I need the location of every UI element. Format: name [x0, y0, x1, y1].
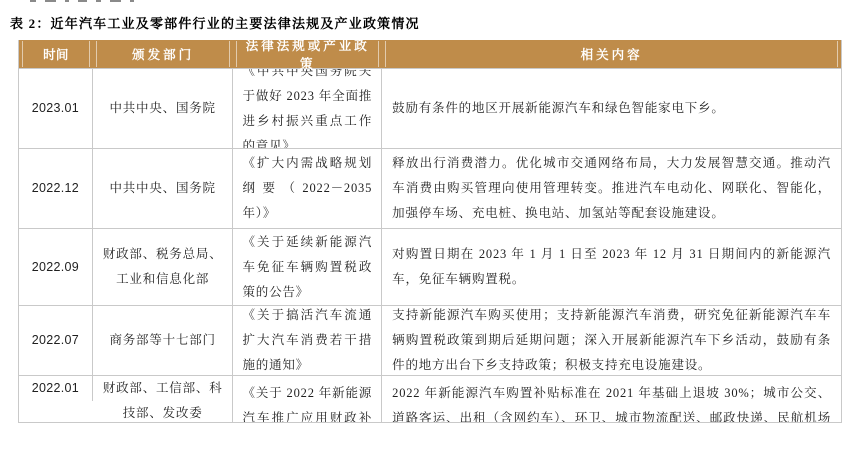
header-policy: 法律法规或产业政策 — [233, 40, 382, 68]
cell-time: 2022.01 — [19, 376, 93, 401]
clipped-text-remnant — [30, 0, 290, 3]
table-row: 2023.01 中共中央、国务院 《中共中央国务院关于做好 2023 年全面推进… — [19, 68, 841, 148]
cell-content: 支持新能源汽车购买使用；支持新能源汽车消费，研究免征新能源汽车车辆购置税政策到期… — [382, 306, 841, 375]
cell-policy: 《扩大内需战略规划纲要（2022－2035 年）》 — [233, 149, 382, 228]
cell-content: 对购置日期在 2023 年 1 月 1 日至 2023 年 12 月 31 日期… — [382, 229, 841, 305]
header-content: 相关内容 — [382, 40, 841, 68]
cell-department: 中共中央、国务院 — [93, 149, 234, 228]
cell-department: 财政部、工信部、科技部、发改委 — [93, 376, 234, 422]
cell-content: 鼓励有条件的地区开展新能源汽车和绿色智能家电下乡。 — [382, 69, 841, 148]
table-row: 2022.09 财政部、税务总局、工业和信息化部 《关于延续新能源汽车免征车辆购… — [19, 228, 841, 305]
cell-time: 2022.09 — [19, 229, 93, 305]
table-header-row: 时间 颁发部门 法律法规或产业政策 相关内容 — [19, 40, 841, 68]
report-page: 表 2：近年汽车工业及零部件行业的主要法律法规及产业政策情况 时间 颁发部门 法… — [0, 0, 853, 455]
table-row: 2022.12 中共中央、国务院 《扩大内需战略规划纲要（2022－2035 年… — [19, 148, 841, 228]
cell-policy: 《关于搞活汽车流通扩大汽车消费若干措施的通知》 — [233, 306, 382, 375]
policy-table: 时间 颁发部门 法律法规或产业政策 相关内容 2023.01 中共中央、国务院 … — [18, 40, 842, 423]
table-row: 2022.01 财政部、工信部、科技部、发改委 《关于 2022 年新能源汽车推… — [19, 375, 841, 422]
cell-time: 2022.07 — [19, 306, 93, 375]
cell-policy: 《关于 2022 年新能源汽车推广应用财政补贴政策 — [233, 376, 382, 422]
cell-content: 释放出行消费潜力。优化城市交通网络布局，大力发展智慧交通。推动汽车消费由购买管理… — [382, 149, 841, 228]
cell-content: 2022 年新能源汽车购置补贴标准在 2021 年基础上退坡 30%；城市公交、… — [382, 376, 841, 422]
cell-department: 商务部等十七部门 — [93, 306, 234, 375]
table-row: 2022.07 商务部等十七部门 《关于搞活汽车流通扩大汽车消费若干措施的通知》… — [19, 305, 841, 375]
cell-policy: 《中共中央国务院关于做好 2023 年全面推进乡村振兴重点工作的意见》 — [233, 69, 382, 148]
cell-time: 2023.01 — [19, 69, 93, 148]
cell-department: 中共中央、国务院 — [93, 69, 234, 148]
header-department: 颁发部门 — [93, 40, 234, 68]
cell-policy: 《关于延续新能源汽车免征车辆购置税政策的公告》 — [233, 229, 382, 305]
header-time: 时间 — [19, 40, 93, 68]
cell-department: 财政部、税务总局、工业和信息化部 — [93, 229, 234, 305]
table-title: 表 2：近年汽车工业及零部件行业的主要法律法规及产业政策情况 — [10, 13, 420, 32]
cell-time: 2022.12 — [19, 149, 93, 228]
